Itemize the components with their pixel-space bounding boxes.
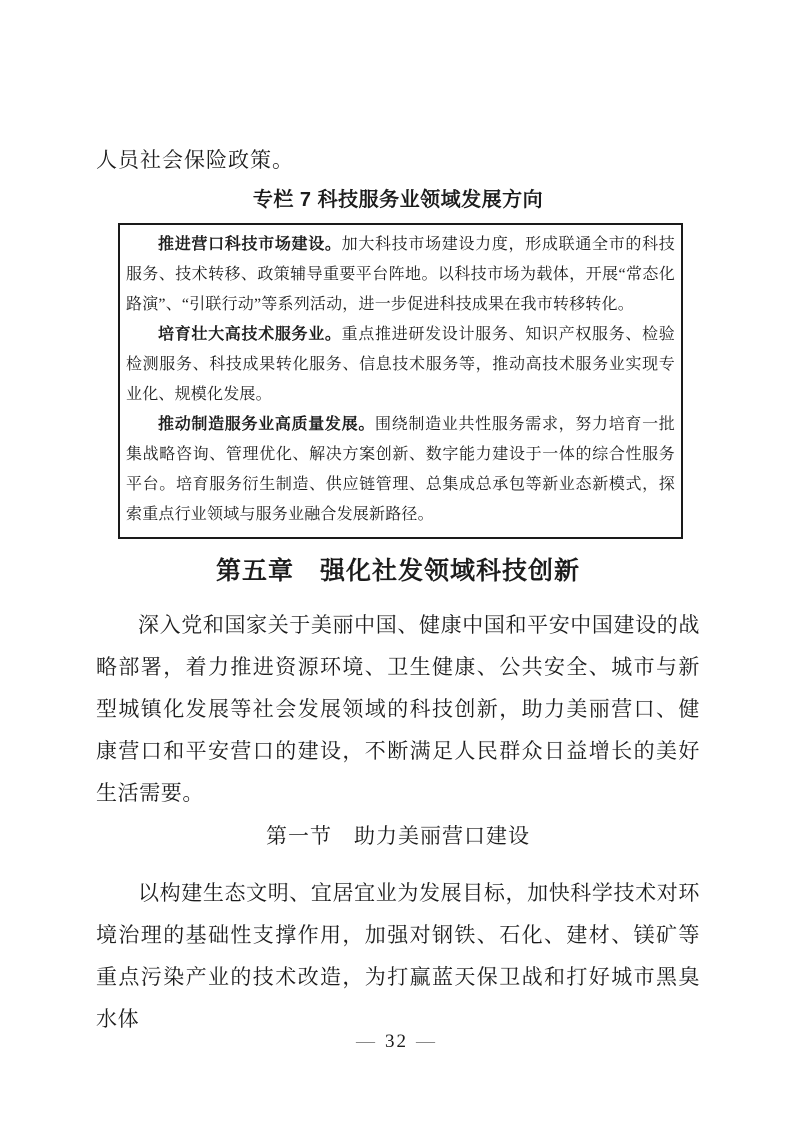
- footer-left-dash: —: [348, 1031, 385, 1052]
- box-paragraph: 培育壮大高技术服务业。重点推进研发设计服务、知识产权服务、检验检测服务、科技成果…: [126, 320, 675, 410]
- chapter-intro-paragraph: 深入党和国家关于美丽中国、健康中国和平安中国建设的战略部署，着力推进资源环境、卫…: [96, 604, 700, 814]
- box-paragraph-lead: 推进营口科技市场建设。: [158, 236, 342, 253]
- carryover-paragraph-line: 人员社会保险政策。: [96, 146, 700, 174]
- column-box-title: 专栏 7 科技服务业领域发展方向: [96, 183, 700, 212]
- footer-right-dash: —: [408, 1031, 445, 1052]
- page-footer: —32—: [0, 1031, 793, 1053]
- box-paragraph-lead: 推动制造服务业高质量发展。: [158, 416, 375, 433]
- box-paragraph: 推动制造服务业高质量发展。围绕制造业共性服务需求，努力培育一批集战略咨询、管理优…: [126, 410, 675, 530]
- section-heading: 第一节 助力美丽营口建设: [96, 820, 700, 850]
- box-paragraph-lead: 培育壮大高技术服务业。: [158, 326, 342, 343]
- page-number: 32: [385, 1031, 408, 1052]
- column-box: 推进营口科技市场建设。加大科技市场建设力度，形成联通全市的科技服务、技术转移、政…: [118, 223, 683, 539]
- document-page: 人员社会保险政策。 专栏 7 科技服务业领域发展方向 推进营口科技市场建设。加大…: [0, 0, 793, 1122]
- section-body-paragraph: 以构建生态文明、宜居宜业为发展目标，加快科学技术对环境治理的基础性支撑作用，加强…: [96, 872, 700, 1040]
- box-paragraph: 推进营口科技市场建设。加大科技市场建设力度，形成联通全市的科技服务、技术转移、政…: [126, 230, 675, 320]
- chapter-heading: 第五章 强化社发领域科技创新: [96, 551, 700, 587]
